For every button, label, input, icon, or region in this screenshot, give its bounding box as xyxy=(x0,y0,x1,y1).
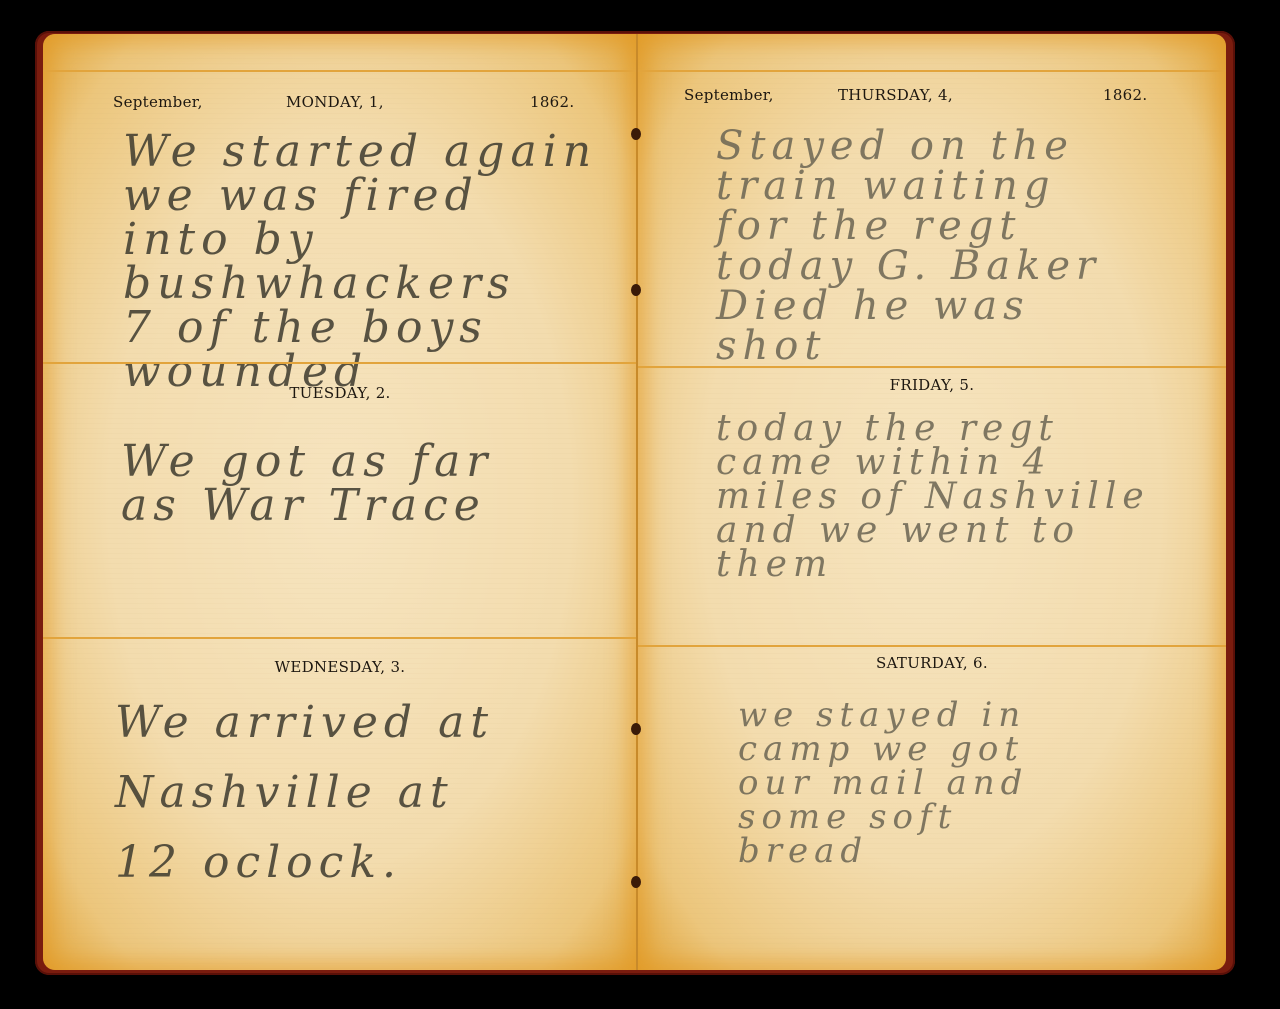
spine-fold xyxy=(636,34,638,970)
day-title-friday: FRIDAY, 5. xyxy=(638,376,1226,394)
entry-wednesday-text: We arrived at Nashville at 12 oclock. xyxy=(115,688,494,898)
left-page: September, MONDAY, 1, 1862. We started a… xyxy=(43,34,637,970)
header-year: 1862. xyxy=(1103,86,1147,104)
right-page: September, THURSDAY, 4, 1862. Stayed on … xyxy=(638,34,1226,970)
binding-stitch xyxy=(631,876,641,888)
day-title-saturday: SATURDAY, 6. xyxy=(638,654,1226,672)
day-title-wednesday: WEDNESDAY, 3. xyxy=(43,658,637,676)
header-rule xyxy=(43,70,637,72)
binding-stitch xyxy=(631,723,641,735)
section-divider xyxy=(638,645,1226,647)
entry-monday-text: We started again we was fired into by bu… xyxy=(123,130,637,394)
entry-saturday-text: we stayed in camp we got our mail and so… xyxy=(738,698,1028,868)
day-title-tuesday: TUESDAY, 2. xyxy=(43,384,637,402)
diary-book: September, MONDAY, 1, 1862. We started a… xyxy=(35,31,1235,975)
binding-stitch xyxy=(631,128,641,140)
header-day: THURSDAY, 4, xyxy=(838,86,953,104)
header-rule xyxy=(638,70,1226,72)
binding-stitch xyxy=(631,284,641,296)
header-year: 1862. xyxy=(530,93,574,111)
section-divider xyxy=(43,637,637,639)
header-day: MONDAY, 1, xyxy=(286,93,384,111)
section-divider xyxy=(43,362,637,364)
entry-friday-text: today the regt came within 4 miles of Na… xyxy=(716,412,1150,582)
header-month: September, xyxy=(684,86,774,104)
entry-tuesday-text: We got as far as War Trace xyxy=(121,440,493,528)
section-divider xyxy=(638,366,1226,368)
diary-scan: September, MONDAY, 1, 1862. We started a… xyxy=(0,0,1280,1009)
entry-thursday-text: Stayed on the train waiting for the regt… xyxy=(716,126,1101,366)
header-month: September, xyxy=(113,93,203,111)
